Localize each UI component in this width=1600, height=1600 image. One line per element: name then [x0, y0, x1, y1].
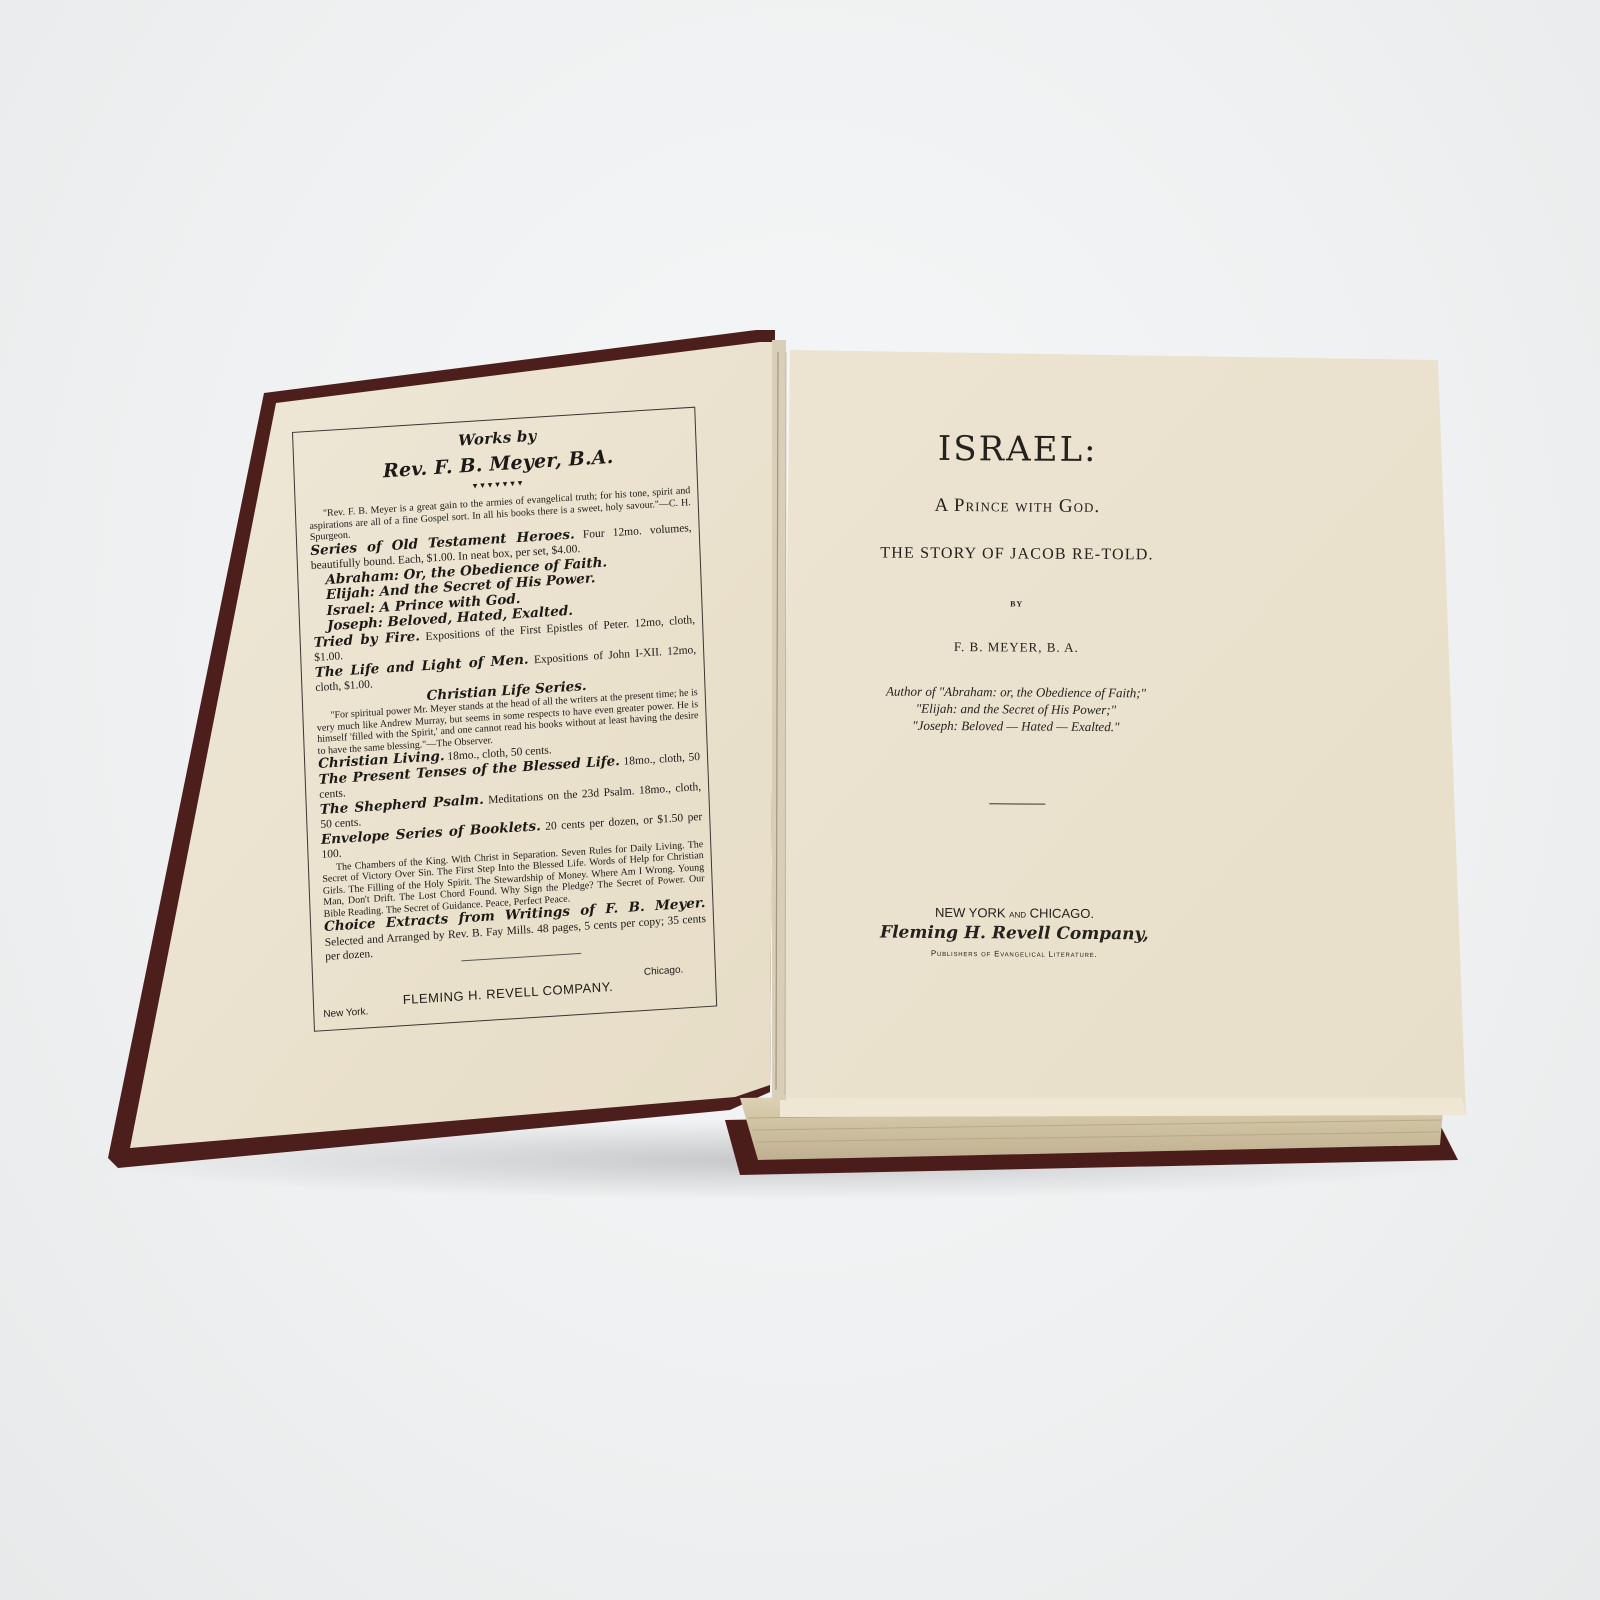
author-name: F. B. MEYER, B. A.: [806, 638, 1226, 657]
book-title: ISRAEL:: [808, 428, 1228, 471]
other-works: Author of "Abraham: or, the Obedience of…: [806, 682, 1226, 736]
photo-scene: Works by Rev. F. B. Meyer, B.A. ▾▾▾▾▾▾▾ …: [0, 0, 1600, 1600]
left-page-advertisement: Works by Rev. F. B. Meyer, B.A. ▾▾▾▾▾▾▾ …: [292, 406, 723, 1032]
imprint-publisher: Fleming H. Revell Company,: [804, 922, 1224, 945]
ad-body: "Rev. F. B. Meyer is a great gain to the…: [309, 485, 707, 964]
book-tagline: THE STORY OF JACOB RE-TOLD.: [807, 544, 1227, 565]
imprint-tagline: Publishers of Evangelical Literature.: [804, 948, 1224, 960]
by-label: BY: [807, 598, 1227, 610]
title-page: ISRAEL: A Prince with God. THE STORY OF …: [804, 410, 1428, 994]
imprint-cities: NEW YORK AND CHICAGO.: [804, 904, 1224, 922]
decorative-rule: [989, 803, 1045, 804]
book-subtitle: A Prince with God.: [807, 494, 1227, 519]
